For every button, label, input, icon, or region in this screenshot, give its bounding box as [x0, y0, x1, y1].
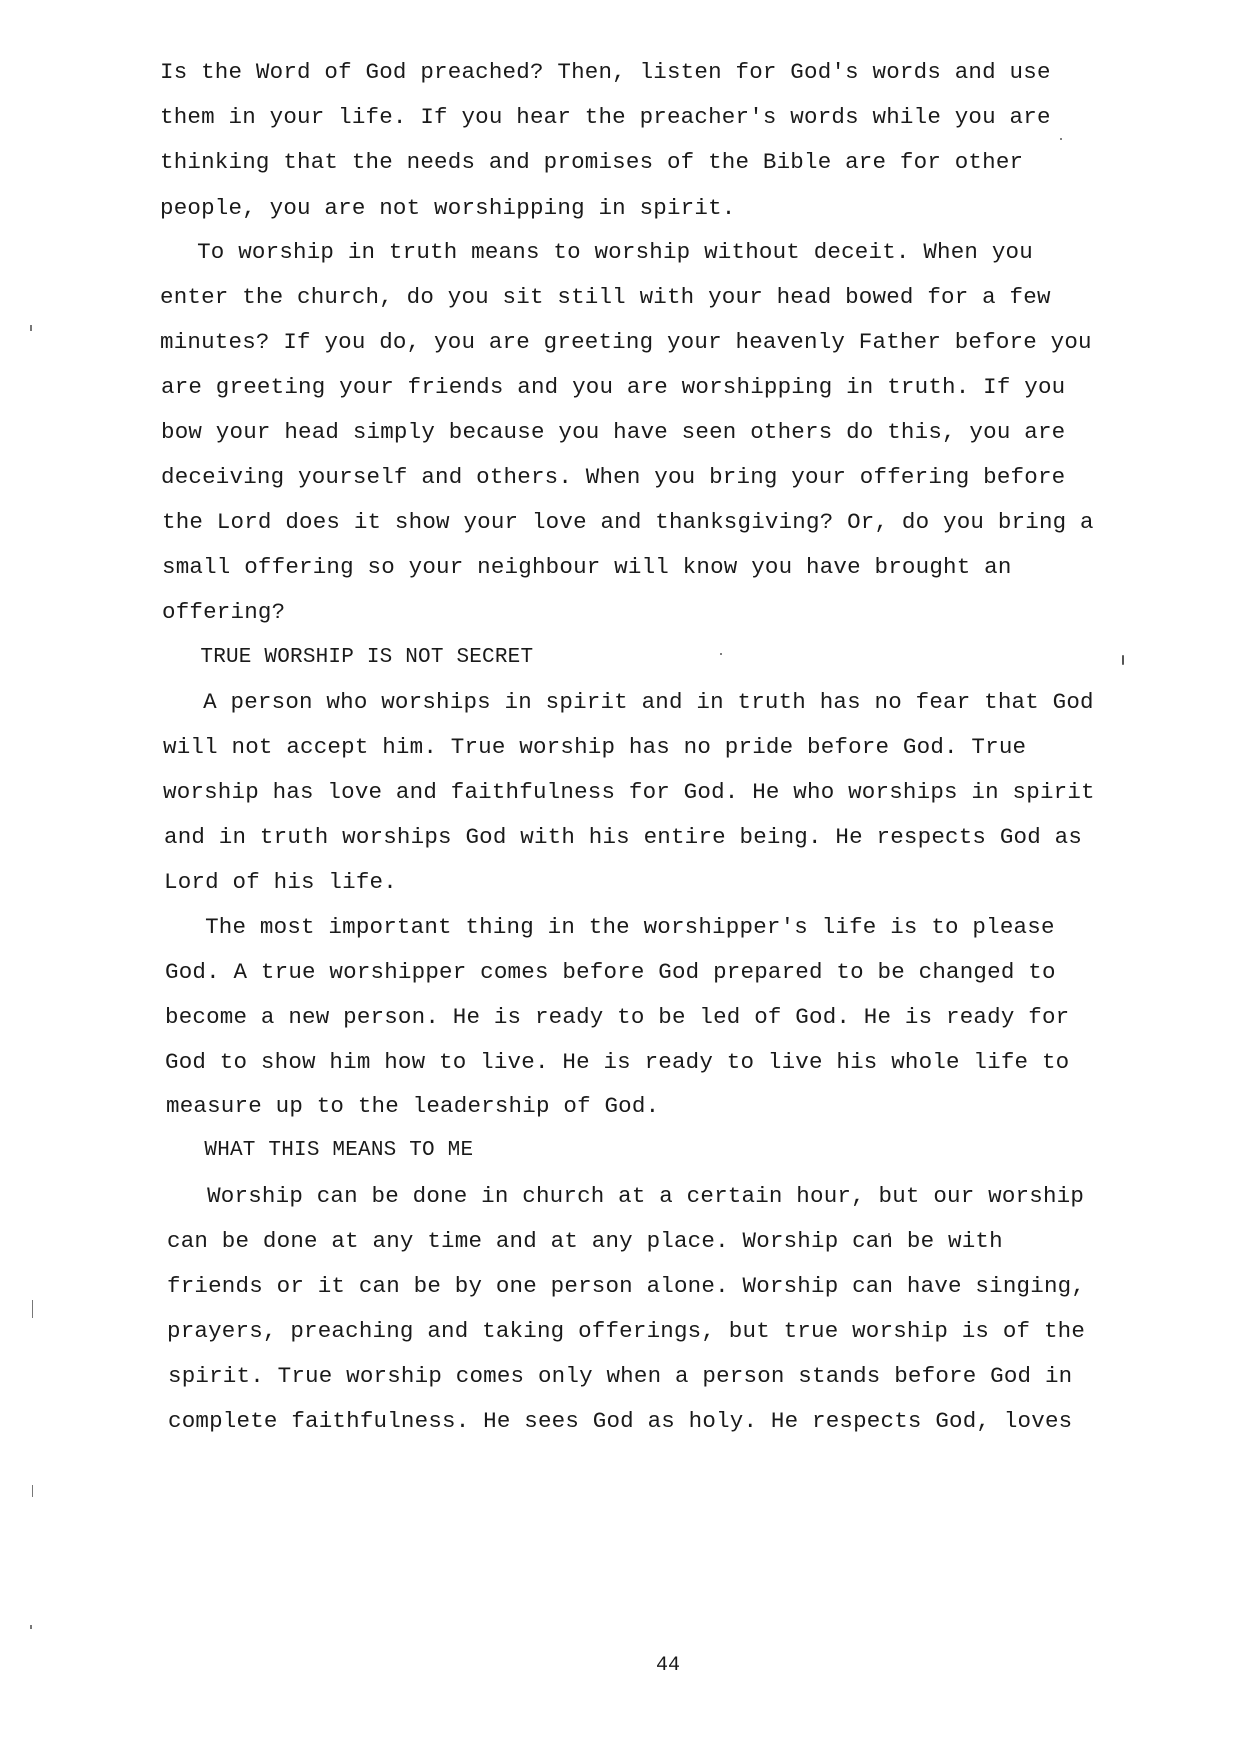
text-line: complete faithfulness. He sees God as ho… [168, 1406, 1072, 1436]
scan-speck [1122, 655, 1124, 665]
text-line: Is the Word of God preached? Then, liste… [160, 57, 1051, 87]
text-line: minutes? If you do, you are greeting you… [160, 327, 1092, 357]
text-line: The most important thing in the worshipp… [164, 912, 1055, 942]
text-line: prayers, preaching and taking offerings,… [167, 1316, 1085, 1346]
text-line: God. A true worshipper comes before God … [165, 957, 1056, 987]
scan-edge-mark [30, 325, 32, 331]
text-line: small offering so your neighbour will kn… [162, 552, 1012, 582]
text-line: people, you are not worshipping in spiri… [160, 193, 736, 223]
text-line: are greeting your friends and you are wo… [161, 372, 1065, 402]
document-page: Is the Word of God preached? Then, liste… [0, 0, 1240, 1753]
text-line: spirit. True worship comes only when a p… [168, 1361, 1072, 1391]
text-line: bow your head simply because you have se… [161, 417, 1065, 447]
text-line: become a new person. He is ready to be l… [165, 1002, 1069, 1032]
text-line: friends or it can be by one person alone… [167, 1271, 1085, 1301]
text-line: the Lord does it show your love and than… [162, 507, 1094, 537]
text-line: offering? [162, 597, 285, 627]
scan-edge-mark [32, 1485, 33, 1497]
text-line: thinking that the needs and promises of … [160, 147, 1023, 177]
text-line: will not accept him. True worship has no… [163, 732, 1026, 762]
scan-speck [1060, 138, 1062, 140]
section-heading: WHAT THIS MEANS TO ME [166, 1136, 473, 1166]
text-line: Lord of his life. [164, 867, 397, 897]
text-line: measure up to the leadership of God. [166, 1091, 659, 1121]
section-heading: TRUE WORSHIP IS NOT SECRET [162, 643, 533, 673]
text-line: A person who worships in spirit and in t… [162, 687, 1094, 717]
text-line: God to show him how to live. He is ready… [165, 1047, 1069, 1077]
text-line: can be done at any time and at any place… [167, 1226, 1003, 1256]
scan-edge-mark [30, 1625, 32, 1629]
page-number: 44 [656, 1653, 680, 1679]
text-line: enter the church, do you sit still with … [160, 282, 1051, 312]
text-line: deceiving yourself and others. When you … [161, 462, 1065, 492]
scan-speck [720, 653, 722, 655]
scan-speck [888, 1233, 890, 1235]
scan-edge-mark [32, 1300, 33, 1318]
text-line: them in your life. If you hear the preac… [160, 102, 1051, 132]
text-line: Worship can be done in church at a certa… [166, 1181, 1084, 1211]
text-line: worship has love and faithfulness for Go… [163, 777, 1095, 807]
text-line: To worship in truth means to worship wit… [160, 237, 1033, 267]
text-line: and in truth worships God with his entir… [164, 822, 1082, 852]
